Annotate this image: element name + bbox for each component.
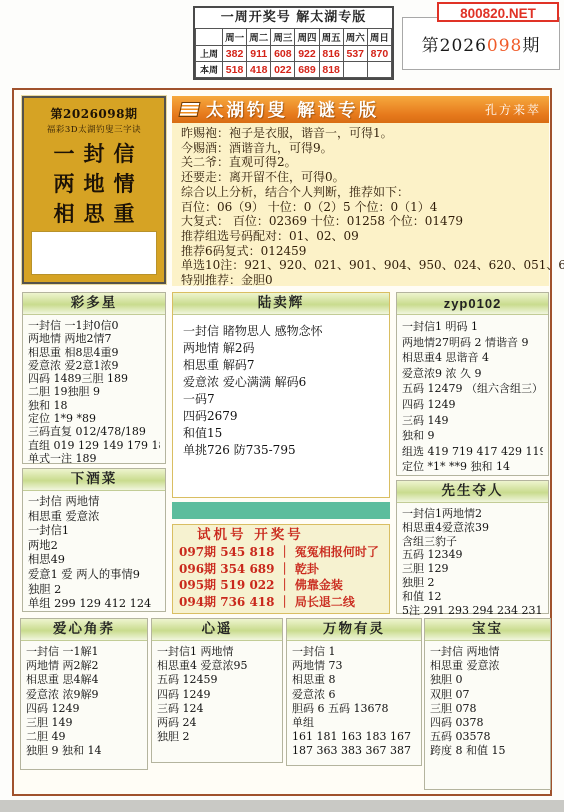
issue-number: 098 (487, 36, 522, 56)
text-line: 一封信 睹物思人 感物念怀 (183, 323, 379, 340)
row-label: 本周 (196, 62, 223, 78)
section-lumaihui: 陆卖辉 一封信 睹物思人 感物念怀两地情 解2码相思重 解码7爱意浓 爱心满满 … (172, 292, 390, 498)
text-line: 两码 24 (157, 716, 277, 730)
text-line: 和值 12 (402, 590, 543, 604)
section-xiansheng-body: 一封信1两地情2相思重4爱意浓39含组三豹子五码 12349三胆 129独胆 2… (397, 503, 548, 621)
day-header: 周四 (295, 29, 319, 46)
draw-number: 689 (295, 62, 319, 78)
section-wanwu: 万物有灵 一封信 1两地情 73相思重 8爱意浓 6胆码 6 五码 13678单… (286, 618, 422, 766)
week-row-last: 上周 382 911 608 922 816 537 870 (196, 46, 392, 62)
text-line: 相思49 (28, 553, 160, 568)
section-aixin-title: 爱心角荞 (21, 619, 147, 641)
draw-number (343, 62, 367, 78)
text-line: 独胆 9 独和 14 (26, 744, 142, 758)
text-line: 四码 1249 (402, 397, 543, 413)
week-table-box: 一周开奖号 解太湖专版 周一 周二 周三 周四 周五 周六 周日 上周 382 … (193, 6, 394, 80)
section-xinyao: 心遥 一封信1 两地情相思重4 爱意浓95五码 12459四码 1249三码 1… (151, 618, 283, 763)
main-header-title: 太湖钓叟 解谜专版 (206, 97, 485, 122)
section-shijihao-title: 试机号 开奖号 (179, 527, 383, 544)
section-zyp0102: zyp0102 一封信1 明码 1两地情27明码 2 情谐音 9相思重4 思谐音… (396, 292, 549, 476)
analysis-line: 关二爷：直观可得2。 (181, 155, 540, 170)
row-label: 上周 (196, 46, 223, 62)
text-line: 187 363 383 367 387 (292, 744, 416, 758)
text-line: 5注 291 293 294 234 231 (402, 604, 543, 618)
text-line: 单式一注 189 (28, 452, 160, 465)
riddle-line: 一封信 (24, 139, 164, 169)
text-line: 四码 0378 (430, 716, 545, 730)
text-line: 双胆 07 (430, 688, 545, 702)
text-line: 五码 12349 (402, 548, 543, 562)
draw-number: 518 (223, 62, 247, 78)
text-line: 单组 299 129 412 124 (28, 597, 160, 612)
text-line: 一封信 1 (292, 645, 416, 659)
text-line: 单挑726 防735-795 (183, 442, 379, 459)
text-line: 一封信 两地情 (28, 495, 160, 510)
section-xiajiucai: 下酒菜 一封信 两地情相思重 爱意浓一封信1两地2相思49爱意1 爱 两人的事情… (22, 468, 166, 612)
corner-cell (196, 29, 223, 46)
result-line: 094期 736 418 ｜ 局长退二线 (179, 594, 383, 611)
riddle-line: 两地情 (24, 169, 164, 199)
text-line: 五码 12479 （组六含组三） (402, 381, 543, 397)
text-line: 爱意浓 浓9解9 (26, 688, 142, 702)
analysis-panel: 昨赐袍：袍子是衣服，谐音一，可得1。今赐酒：酒谐音九，可得9。关二爷：直观可得2… (172, 123, 549, 286)
text-line: 一封信1 明码 1 (402, 319, 543, 335)
section-zyp0102-title: zyp0102 (397, 293, 548, 315)
section-baobao: 宝宝 一封信 两地情相思重 爱意浓独胆 0双胆 07三胆 078四码 0378五… (424, 618, 551, 790)
day-header: 周五 (319, 29, 343, 46)
text-line: 含组三豹子 (402, 535, 543, 549)
card-issue: 第2026098期 (24, 105, 164, 122)
blank-box (31, 231, 157, 275)
text-line: 一封信1 两地情 (157, 645, 277, 659)
day-header: 周二 (247, 29, 271, 46)
main-header-byline: 孔方来萃 (485, 101, 541, 118)
text-line: 五码 12459 (157, 673, 277, 687)
text-line: 四码 1489三胆 189 (28, 372, 160, 385)
site-watermark: 800820.NET (437, 2, 559, 22)
text-line: 相思重 爱意浓 (28, 510, 160, 525)
text-line: 相思重4 思谐音 4 (402, 350, 543, 366)
analysis-line: 推荐6码复式：012459 (181, 244, 540, 259)
text-line: 三码 149 (402, 413, 543, 429)
divider-bar (172, 502, 390, 519)
result-line: 097期 545 818 ｜ 冤冤相报何时了 (179, 544, 383, 561)
page: 一周开奖号 解太湖专版 周一 周二 周三 周四 周五 周六 周日 上周 382 … (0, 0, 564, 812)
draw-number: 608 (271, 46, 295, 62)
section-aixin: 爱心角荞 一封信 一1解1两地情 两2解2相思重 思4解4爱意浓 浓9解9四码 … (20, 618, 148, 770)
section-xiajiucai-body: 一封信 两地情相思重 爱意浓一封信1两地2相思49爱意1 爱 两人的事情9独胆 … (23, 491, 165, 616)
issue-suffix: 期 (522, 36, 540, 56)
analysis-line: 推荐组选号码配对：01、02、09 (181, 229, 540, 244)
text-line: 一封信1 (28, 524, 160, 539)
text-line: 五码 03578 (430, 730, 545, 744)
text-line: 胆码 6 五码 13678 (292, 702, 416, 716)
text-line: 两地情 两2解2 (26, 659, 142, 673)
analysis-line: 昨赐袍：袍子是衣服，谐音一，可得1。 (181, 126, 540, 141)
text-line: 一封信 一1解1 (26, 645, 142, 659)
text-line: 爱意浓 6 (292, 688, 416, 702)
week-header-row: 周一 周二 周三 周四 周五 周六 周日 (196, 29, 392, 46)
text-line: 四码2679 (183, 408, 379, 425)
text-line: 一封信 两地情 (430, 645, 545, 659)
text-line: 相思重 爱意浓 (430, 659, 545, 673)
text-line: 单组 (292, 716, 416, 730)
text-line: 爱意浓 爱心满满 解码6 (183, 374, 379, 391)
draw-number: 922 (295, 46, 319, 62)
text-line: 一码7 (183, 391, 379, 408)
draw-number: 818 (319, 62, 343, 78)
draw-number: 382 (223, 46, 247, 62)
text-line: 三码直复 012/478/189 (28, 425, 160, 438)
text-line: 两地情 解2码 (183, 340, 379, 357)
section-xiansheng-title: 先生夺人 (397, 481, 548, 503)
text-line: 两地情27明码 2 情谐音 9 (402, 335, 543, 351)
card-subtitle: 福彩3D太湖钓叟三字诀 (24, 123, 164, 135)
text-line: 三码 124 (157, 702, 277, 716)
text-line: 独胆 2 (28, 583, 160, 598)
text-line: 相思重 相8思4重9 (28, 346, 160, 359)
draw-number: 537 (343, 46, 367, 62)
text-line: 四码 1249 (157, 688, 277, 702)
text-line: 三胆 129 (402, 562, 543, 576)
analysis-line: 大复式： 百位：02369 十位：01258 个位：01479 (181, 214, 540, 229)
draw-number: 816 (319, 46, 343, 62)
section-wanwu-title: 万物有灵 (287, 619, 421, 641)
text-line: 三胆 078 (430, 702, 545, 716)
text-line: 三胆 149 (26, 716, 142, 730)
section-baobao-title: 宝宝 (425, 619, 550, 641)
main-header: 太湖钓叟 解谜专版 孔方来萃 (172, 96, 549, 123)
section-aixin-body: 一封信 一1解1两地情 两2解2相思重 思4解4爱意浓 浓9解9四码 1249三… (21, 641, 147, 763)
text-line: 四码 1249 (26, 702, 142, 716)
section-xinyao-title: 心遥 (152, 619, 282, 641)
text-line: 定位 *1* **9 独和 14 (402, 459, 543, 475)
text-line: 相思重 思4解4 (26, 673, 142, 687)
analysis-line: 还要走：离开留不住，可得0。 (181, 170, 540, 185)
text-line: 和值15 (183, 425, 379, 442)
text-line: 爱意1 爱 两人的事情9 (28, 568, 160, 583)
issue-text: 第2026098期 (422, 31, 541, 56)
section-xiajiucai-title: 下酒菜 (23, 469, 165, 491)
section-zyp0102-body: 一封信1 明码 1两地情27明码 2 情谐音 9相思重4 思谐音 4爱意浓9 浓… (397, 315, 548, 479)
week-table: 周一 周二 周三 周四 周五 周六 周日 上周 382 911 608 922 … (195, 28, 392, 78)
text-line: 相思重 解码7 (183, 357, 379, 374)
bottom-gray-band (0, 800, 564, 812)
gold-riddle-card: 第2026098期 福彩3D太湖钓叟三字诀 一封信两地情相思重爱意浓 (22, 96, 166, 284)
section-wanwu-body: 一封信 1两地情 73相思重 8爱意浓 6胆码 6 五码 13678单组161 … (287, 641, 421, 763)
text-line: 两地情 两地2情7 (28, 332, 160, 345)
analysis-line: 单选10注：921、920、021、901、904、950、024、620、05… (181, 258, 540, 273)
section-caiduoxing-body: 一封信 一1封0信0两地情 两地2情7相思重 相8思4重9爱意浓 爱2意1浓9四… (23, 315, 165, 469)
section-lumaihui-title: 陆卖辉 (173, 293, 389, 315)
text-line: 爱意浓 爱2意1浓9 (28, 359, 160, 372)
text-line: 二胆 19独胆 9 (28, 385, 160, 398)
text-line: 跨度 8 和值 15 (430, 744, 545, 758)
day-header: 周六 (343, 29, 367, 46)
section-lumaihui-body: 一封信 睹物思人 感物念怀两地情 解2码相思重 解码7爱意浓 爱心满满 解码6一… (173, 315, 389, 467)
issue-box: 第2026098期 (402, 17, 560, 70)
text-line: 定位 1*9 *89 (28, 412, 160, 425)
week-table-title: 一周开奖号 解太湖专版 (195, 8, 392, 28)
analysis-line: 百位：06（9） 十位：0（2）5 个位：0（1）4 (181, 200, 540, 215)
day-header: 周一 (223, 29, 247, 46)
text-line: 独胆 0 (430, 673, 545, 687)
draw-number (367, 62, 391, 78)
section-shijihao: 试机号 开奖号 097期 545 818 ｜ 冤冤相报何时了096期 354 6… (172, 524, 390, 614)
result-line: 095期 519 022 ｜ 佛靠金装 (179, 577, 383, 594)
text-line: 相思重4爱意浓39 (402, 521, 543, 535)
text-line: 独胆 2 (157, 730, 277, 744)
document-icon (178, 102, 200, 117)
text-line: 直组 019 129 149 179 189 (28, 439, 160, 452)
analysis-line: 综合以上分析，结合个人判断，推荐如下： (181, 185, 540, 200)
analysis-line: 特别推荐：金胆0 (181, 273, 540, 288)
section-caiduoxing-title: 彩多星 (23, 293, 165, 315)
text-line: 相思重4 爱意浓95 (157, 659, 277, 673)
text-line: 两地2 (28, 539, 160, 554)
week-row-current: 本周 518 418 022 689 818 (196, 62, 392, 78)
text-line: 爱意浓9 浓 久 9 (402, 366, 543, 382)
text-line: 独和 18 (28, 399, 160, 412)
text-line: 组选 419 719 417 429 119 (402, 444, 543, 460)
text-line: 两地情 73 (292, 659, 416, 673)
result-line: 096期 354 689 ｜ 乾卦 (179, 561, 383, 578)
day-header: 周日 (367, 29, 391, 46)
draw-number: 022 (271, 62, 295, 78)
section-baobao-body: 一封信 两地情相思重 爱意浓独胆 0双胆 07三胆 078四码 0378五码 0… (425, 641, 550, 763)
text-line: 独胆 2 (402, 576, 543, 590)
text-line: 161 181 163 183 167 (292, 730, 416, 744)
section-xinyao-body: 一封信1 两地情相思重4 爱意浓95五码 12459四码 1249三码 124两… (152, 641, 282, 748)
draw-number: 870 (367, 46, 391, 62)
draw-number: 418 (247, 62, 271, 78)
text-line: 独和 9 (402, 428, 543, 444)
issue-prefix: 第2026 (422, 36, 487, 56)
riddle-line: 相思重 (24, 199, 164, 229)
day-header: 周三 (271, 29, 295, 46)
section-shijihao-body: 097期 545 818 ｜ 冤冤相报何时了096期 354 689 ｜ 乾卦0… (179, 544, 383, 610)
section-caiduoxing: 彩多星 一封信 一1封0信0两地情 两地2情7相思重 相8思4重9爱意浓 爱2意… (22, 292, 166, 464)
text-line: 相思重 8 (292, 673, 416, 687)
text-line: 二胆 49 (26, 730, 142, 744)
draw-number: 911 (247, 46, 271, 62)
text-line: 一封信 一1封0信0 (28, 319, 160, 332)
section-xiansheng: 先生夺人 一封信1两地情2相思重4爱意浓39含组三豹子五码 12349三胆 12… (396, 480, 549, 614)
analysis-line: 今赐酒：酒谐音九，可得9。 (181, 141, 540, 156)
text-line: 一封信1两地情2 (402, 507, 543, 521)
